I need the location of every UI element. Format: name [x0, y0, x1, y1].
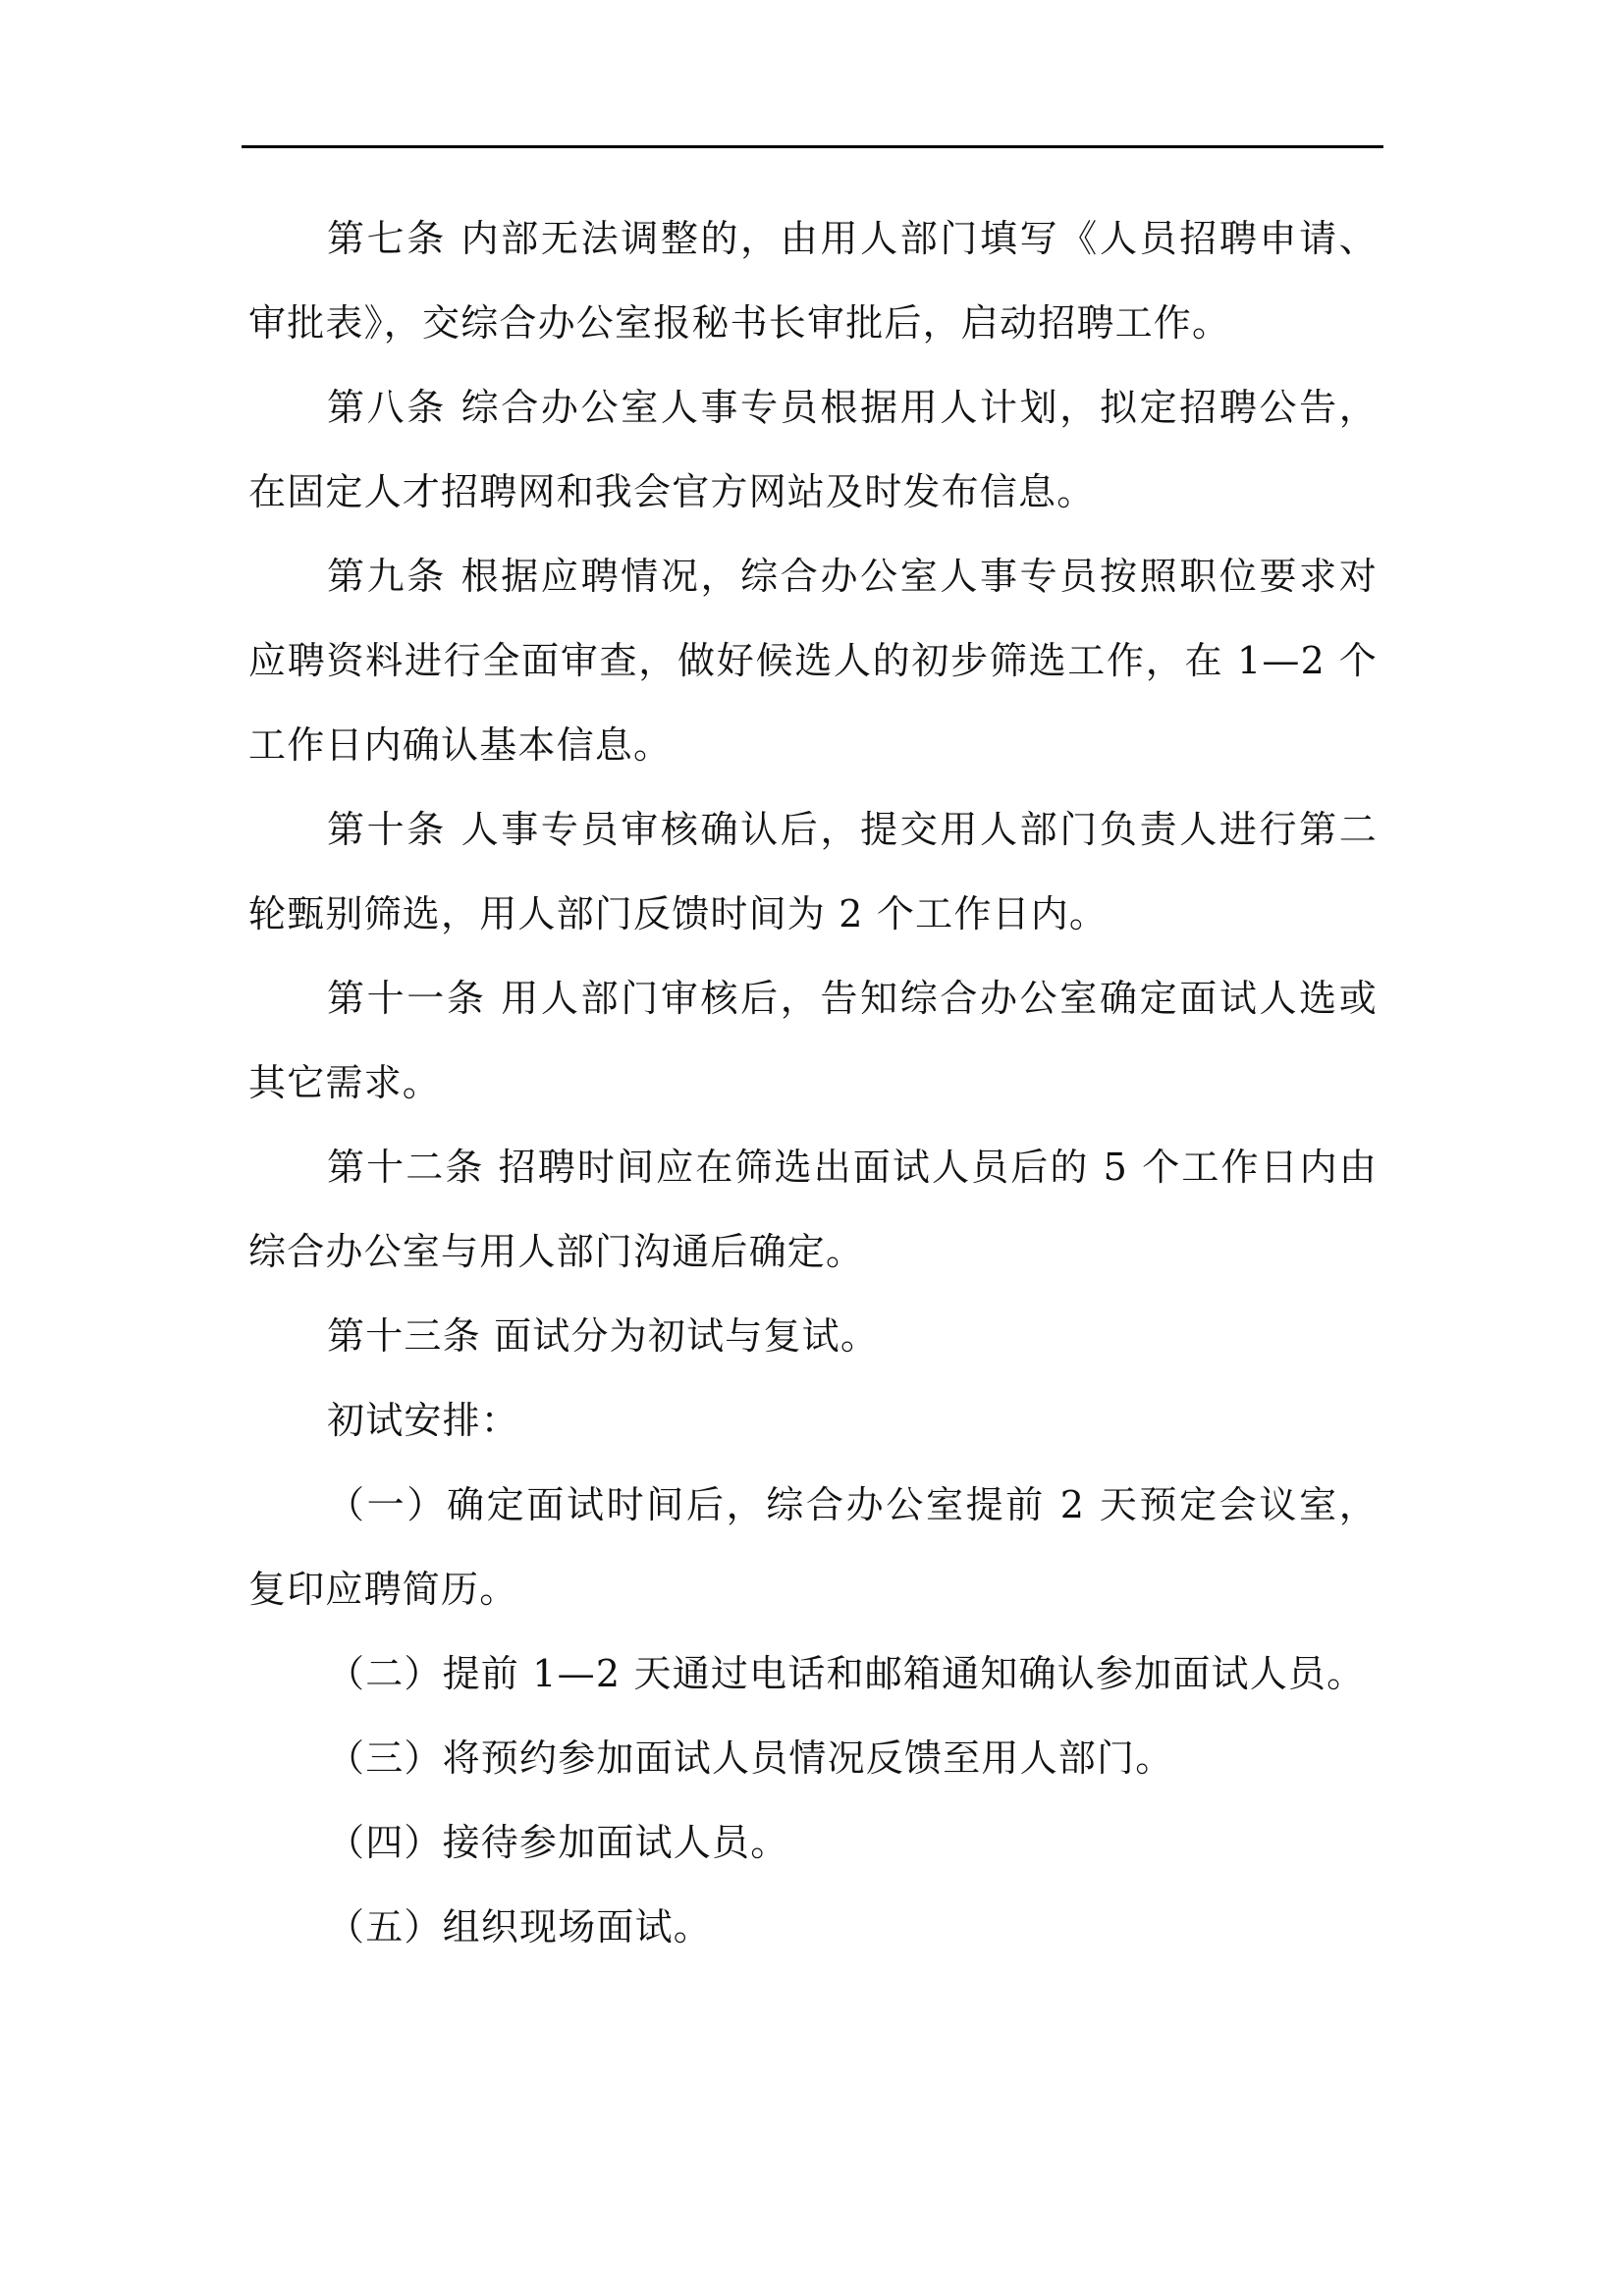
header-rule	[242, 145, 1383, 148]
article-10: 第十条 人事专员审核确认后，提交用人部门负责人进行第二轮甄别筛选，用人部门反馈时…	[248, 787, 1378, 956]
list-item-3: （三）将预约参加面试人员情况反馈至用人部门。	[248, 1716, 1378, 1800]
document-page: 第七条 内部无法调整的，由用人部门填写《人员招聘申请、审批表》，交综合办公室报秘…	[0, 0, 1624, 2296]
document-body: 第七条 内部无法调整的，由用人部门填写《人员招聘申请、审批表》，交综合办公室报秘…	[248, 196, 1378, 1969]
list-item-2: （二）提前 1—2 天通过电话和邮箱通知确认参加面试人员。	[248, 1631, 1378, 1716]
initial-interview-heading: 初试安排：	[248, 1378, 1378, 1463]
list-item-5: （五）组织现场面试。	[248, 1885, 1378, 1969]
article-13: 第十三条 面试分为初试与复试。	[248, 1294, 1378, 1378]
article-11: 第十一条 用人部门审核后，告知综合办公室确定面试人选或其它需求。	[248, 956, 1378, 1125]
list-item-4: （四）接待参加面试人员。	[248, 1800, 1378, 1885]
article-7: 第七条 内部无法调整的，由用人部门填写《人员招聘申请、审批表》，交综合办公室报秘…	[248, 196, 1378, 365]
article-8: 第八条 综合办公室人事专员根据用人计划，拟定招聘公告，在固定人才招聘网和我会官方…	[248, 365, 1378, 534]
article-9: 第九条 根据应聘情况，综合办公室人事专员按照职位要求对应聘资料进行全面审查，做好…	[248, 534, 1378, 787]
list-item-1: （一）确定面试时间后，综合办公室提前 2 天预定会议室，复印应聘简历。	[248, 1463, 1378, 1631]
article-12: 第十二条 招聘时间应在筛选出面试人员后的 5 个工作日内由综合办公室与用人部门沟…	[248, 1125, 1378, 1294]
